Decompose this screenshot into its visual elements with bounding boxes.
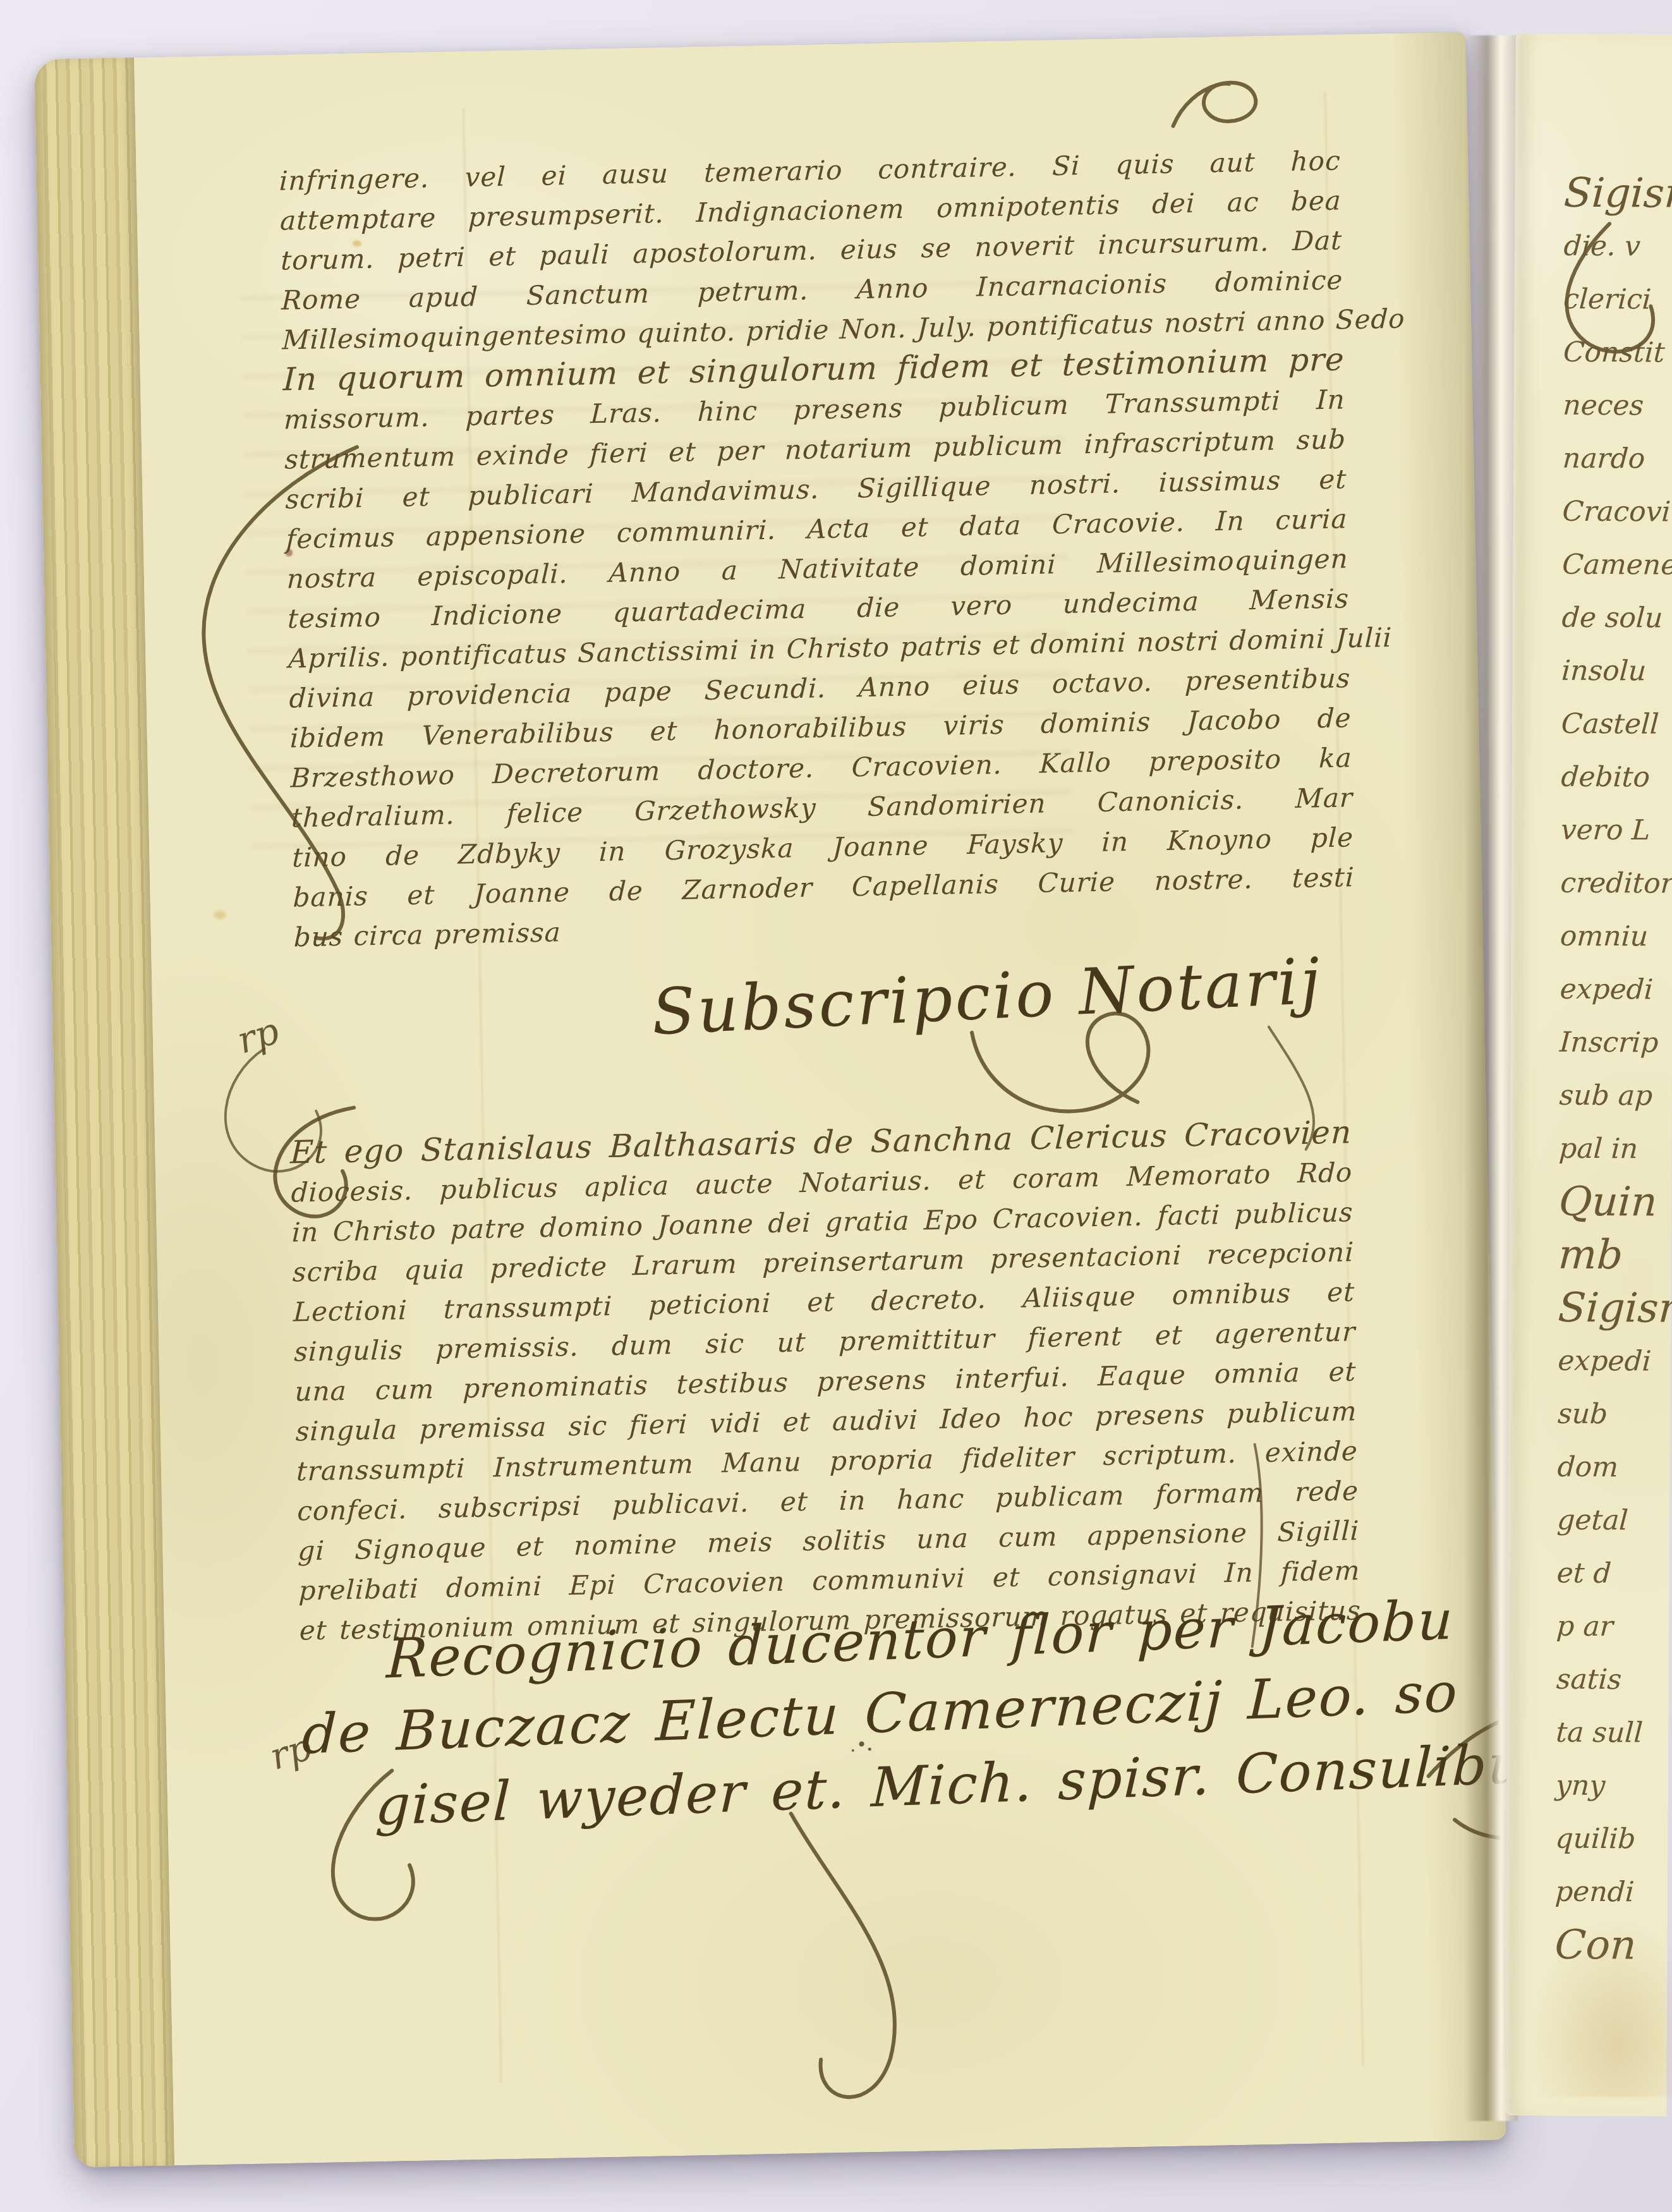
right-page-text-fragment: omniu — [1559, 910, 1672, 964]
right-page-text-fragment: Quin — [1558, 1176, 1672, 1229]
right-page-text-fragment: Inscrip — [1558, 1016, 1672, 1070]
right-page-text-fragment: creditor — [1559, 857, 1672, 911]
right-page-text-fragment: dom — [1556, 1441, 1672, 1495]
right-page-text-column: Sigismudie. vclericiConstitnecesnardoCra… — [1555, 167, 1672, 1972]
right-page-text-fragment: debito — [1560, 751, 1672, 805]
manuscript-page-right: Sigismudie. vclericiConstitnecesnardoCra… — [1505, 33, 1672, 2116]
right-page-text-fragment: Cracovi — [1561, 485, 1672, 539]
right-page-text-fragment: nardo — [1561, 432, 1672, 486]
right-page-text-fragment: et d — [1555, 1547, 1672, 1601]
text-block-recognicio-note: Recognicio ducentor flor per Jacobude Bu… — [291, 1587, 1666, 1833]
section-heading: Subscripcio Notarij — [650, 949, 1324, 1044]
right-page-text-fragment: neces — [1561, 379, 1672, 433]
right-page-text-fragment: clerici — [1562, 273, 1672, 327]
right-page-text-fragment: getal — [1556, 1494, 1672, 1548]
right-page-text-fragment: pendi — [1554, 1866, 1672, 1919]
right-page-text-fragment: quilib — [1554, 1813, 1672, 1866]
right-page-text-fragment: de solu — [1560, 592, 1672, 645]
right-page-text-fragment: Sigismu — [1563, 167, 1672, 221]
right-page-text-fragment: sub — [1556, 1388, 1672, 1442]
descender-flourish — [791, 1812, 897, 2098]
right-page-text-fragment: ta sull — [1554, 1706, 1672, 1760]
top-right-paraph-flourish — [1172, 82, 1256, 126]
manuscript-page-left: infringere. vel ei ausu temerario contra… — [34, 32, 1506, 2168]
margin-annotation-mark: rp — [233, 1012, 283, 1059]
right-page-text-fragment: Constit — [1562, 326, 1672, 380]
right-page-text-fragment: insolu — [1560, 645, 1672, 698]
right-page-text-fragment: yny — [1554, 1759, 1672, 1813]
right-page-text-fragment: Camene — [1561, 538, 1672, 592]
right-page-text-fragment: pal in — [1558, 1122, 1672, 1176]
right-page-text-fragment: expedi — [1558, 963, 1672, 1017]
right-page-text-fragment: mb — [1557, 1229, 1672, 1282]
right-page-text-fragment: Sigism — [1557, 1282, 1672, 1335]
right-page-text-fragment: die. v — [1562, 220, 1672, 274]
stain-patch — [1530, 1920, 1672, 2098]
right-page-text-fragment: vero L — [1560, 804, 1672, 858]
text-block-notary-subscription: Et ego Stanislaus Balthasaris de Sanchna… — [290, 1112, 1361, 1650]
right-page-text-fragment: Castell — [1560, 698, 1672, 751]
right-page-text-fragment: sub ap — [1558, 1069, 1672, 1123]
text-block-papal-clause: infringere. vel ei ausu temerario contra… — [279, 140, 1355, 957]
photo-backdrop: infringere. vel ei ausu temerario contra… — [0, 0, 1672, 2212]
book-fore-edge — [34, 58, 174, 2167]
right-page-text-fragment: p ar — [1555, 1600, 1672, 1654]
right-page-text-fragment: expedi — [1556, 1335, 1672, 1389]
stain-spot — [214, 910, 226, 919]
right-page-text-fragment: satis — [1555, 1653, 1672, 1707]
